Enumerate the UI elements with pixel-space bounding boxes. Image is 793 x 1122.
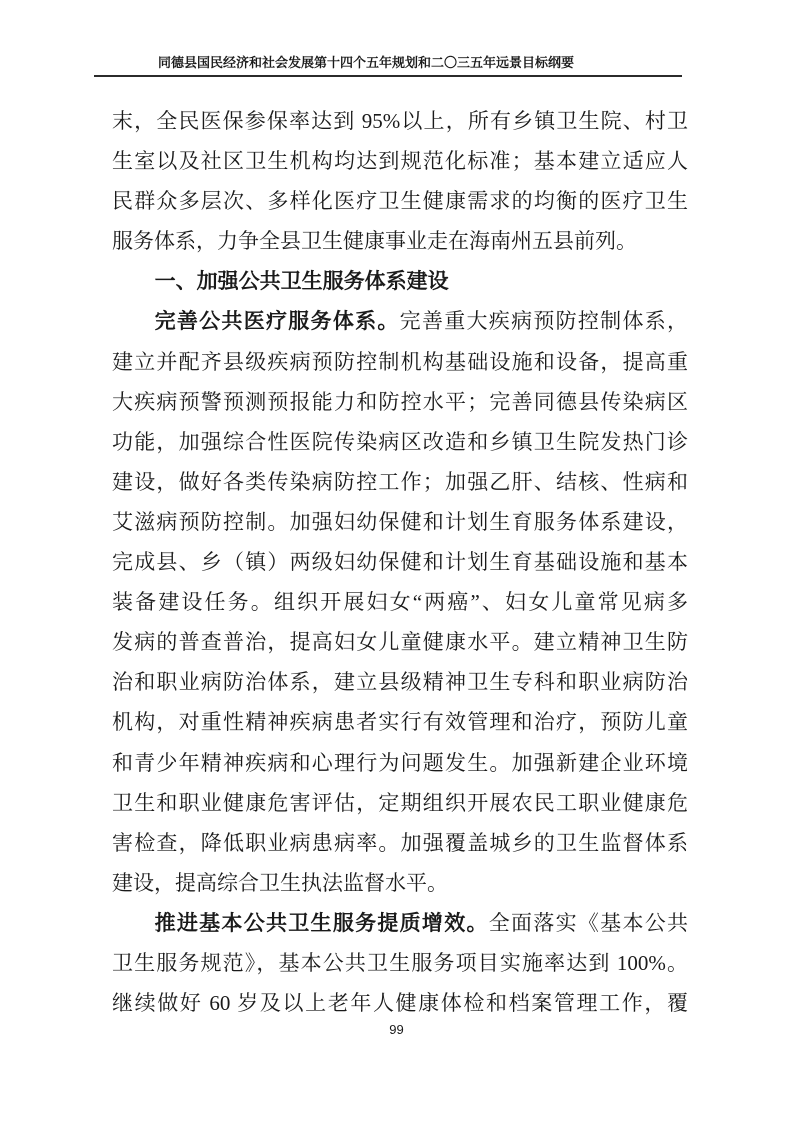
text-segment: 全面落实《基本公共 bbox=[489, 911, 688, 935]
text-line: 建设，做好各类传染病防控工作；加强乙肝、结核、性病和 bbox=[112, 462, 688, 502]
text-line: 大疾病预警预测预报能力和防控水平；完善同德县传染病区 bbox=[112, 382, 688, 422]
text-line: 机构，对重性精神疾病患者实行有效管理和治疗，预防儿童 bbox=[112, 702, 688, 742]
text-segment: 艾滋病预防控制。加强妇幼保健和计划生育服务体系建设， bbox=[112, 510, 688, 534]
text-segment: 和青少年精神疾病和心理行为问题发生。加强新建企业环境 bbox=[112, 751, 688, 775]
text-segment: 机构，对重性精神疾病患者实行有效管理和治疗，预防儿童 bbox=[112, 710, 688, 734]
text-line: 民群众多层次、多样化医疗卫生健康需求的均衡的医疗卫生 bbox=[112, 181, 688, 221]
text-line: 生室以及社区卫生机构均达到规范化标准；基本建立适应人 bbox=[112, 141, 688, 181]
header-title: 同德县国民经济和社会发展第十四个五年规划和二〇三五年远景目标纲要 bbox=[78, 54, 654, 72]
text-line: 服务体系，力争全县卫生健康事业走在海南州五县前列。 bbox=[112, 221, 688, 261]
text-line: 装备建设任务。组织开展妇女“两癌”、妇女儿童常见病多 bbox=[112, 582, 688, 622]
text-line: 建设，提高综合卫生执法监督水平。 bbox=[112, 863, 688, 903]
text-segment: 完善重大疾病预防控制体系， bbox=[400, 309, 688, 333]
text-segment: 民群众多层次、多样化医疗卫生健康需求的均衡的医疗卫生 bbox=[112, 189, 688, 213]
text-segment: 卫生和职业健康危害评估，定期组织开展农民工职业健康危 bbox=[112, 791, 688, 815]
text-line: 治和职业病防治体系，建立县级精神卫生专科和职业病防治 bbox=[112, 662, 688, 702]
text-segment: 继续做好 60 岁及以上老年人健康体检和档案管理工作，覆 bbox=[112, 991, 688, 1015]
text-segment: 完成县、乡（镇）两级妇幼保健和计划生育基础设施和基本 bbox=[112, 550, 688, 574]
page-number: 99 bbox=[389, 1022, 403, 1037]
bold-lead-text: 一、加强公共卫生服务体系建设 bbox=[155, 269, 449, 293]
text-segment: 生室以及社区卫生机构均达到规范化标准；基本建立适应人 bbox=[112, 149, 688, 173]
text-segment: 卫生服务规范》，基本公共卫生服务项目实施率达到 100%。 bbox=[112, 951, 688, 975]
text-line: 卫生服务规范》，基本公共卫生服务项目实施率达到 100%。 bbox=[112, 943, 688, 983]
text-segment: 治和职业病防治体系，建立县级精神卫生专科和职业病防治 bbox=[112, 670, 688, 694]
text-line: 艾滋病预防控制。加强妇幼保健和计划生育服务体系建设， bbox=[112, 502, 688, 542]
bold-lead-text: 推进基本公共卫生服务提质增效。 bbox=[155, 911, 489, 935]
text-segment: 末，全民医保参保率达到 95%以上，所有乡镇卫生院、村卫 bbox=[112, 109, 688, 133]
text-line: 推进基本公共卫生服务提质增效。全面落实《基本公共 bbox=[112, 903, 688, 943]
text-line: 建立并配齐县级疾病预防控制机构基础设施和设备，提高重 bbox=[112, 342, 688, 382]
text-segment: 服务体系，力争全县卫生健康事业走在海南州五县前列。 bbox=[112, 229, 637, 253]
text-segment: 建设，做好各类传染病防控工作；加强乙肝、结核、性病和 bbox=[112, 470, 688, 494]
text-line: 卫生和职业健康危害评估，定期组织开展农民工职业健康危 bbox=[112, 783, 688, 823]
text-line: 继续做好 60 岁及以上老年人健康体检和档案管理工作，覆 bbox=[112, 983, 688, 1023]
text-line: 害检查，降低职业病患病率。加强覆盖城乡的卫生监督体系 bbox=[112, 823, 688, 863]
document-page: 同德县国民经济和社会发展第十四个五年规划和二〇三五年远景目标纲要 末，全民医保参… bbox=[0, 0, 793, 1122]
document-body: 末，全民医保参保率达到 95%以上，所有乡镇卫生院、村卫生室以及社区卫生机构均达… bbox=[112, 101, 688, 1023]
text-segment: 害检查，降低职业病患病率。加强覆盖城乡的卫生监督体系 bbox=[112, 831, 688, 855]
text-line: 完成县、乡（镇）两级妇幼保健和计划生育基础设施和基本 bbox=[112, 542, 688, 582]
text-segment: 装备建设任务。组织开展妇女“两癌”、妇女儿童常见病多 bbox=[112, 590, 688, 614]
text-line: 末，全民医保参保率达到 95%以上，所有乡镇卫生院、村卫 bbox=[112, 101, 688, 141]
bold-lead-text: 完善公共医疗服务体系。 bbox=[155, 309, 400, 333]
text-segment: 发病的普查普治，提高妇女儿童健康水平。建立精神卫生防 bbox=[112, 630, 688, 654]
text-line: 和青少年精神疾病和心理行为问题发生。加强新建企业环境 bbox=[112, 743, 688, 783]
text-line: 完善公共医疗服务体系。完善重大疾病预防控制体系， bbox=[112, 301, 688, 341]
text-segment: 功能，加强综合性医院传染病区改造和乡镇卫生院发热门诊 bbox=[112, 430, 688, 454]
text-segment: 建立并配齐县级疾病预防控制机构基础设施和设备，提高重 bbox=[112, 350, 688, 374]
page-footer: 99 bbox=[0, 1021, 793, 1039]
section-heading-line: 一、加强公共卫生服务体系建设 bbox=[112, 261, 688, 301]
text-segment: 建设，提高综合卫生执法监督水平。 bbox=[112, 871, 448, 895]
text-line: 功能，加强综合性医院传染病区改造和乡镇卫生院发热门诊 bbox=[112, 422, 688, 462]
text-line: 发病的普查普治，提高妇女儿童健康水平。建立精神卫生防 bbox=[112, 622, 688, 662]
header-rule bbox=[94, 75, 682, 77]
text-segment: 大疾病预警预测预报能力和防控水平；完善同德县传染病区 bbox=[112, 390, 688, 414]
